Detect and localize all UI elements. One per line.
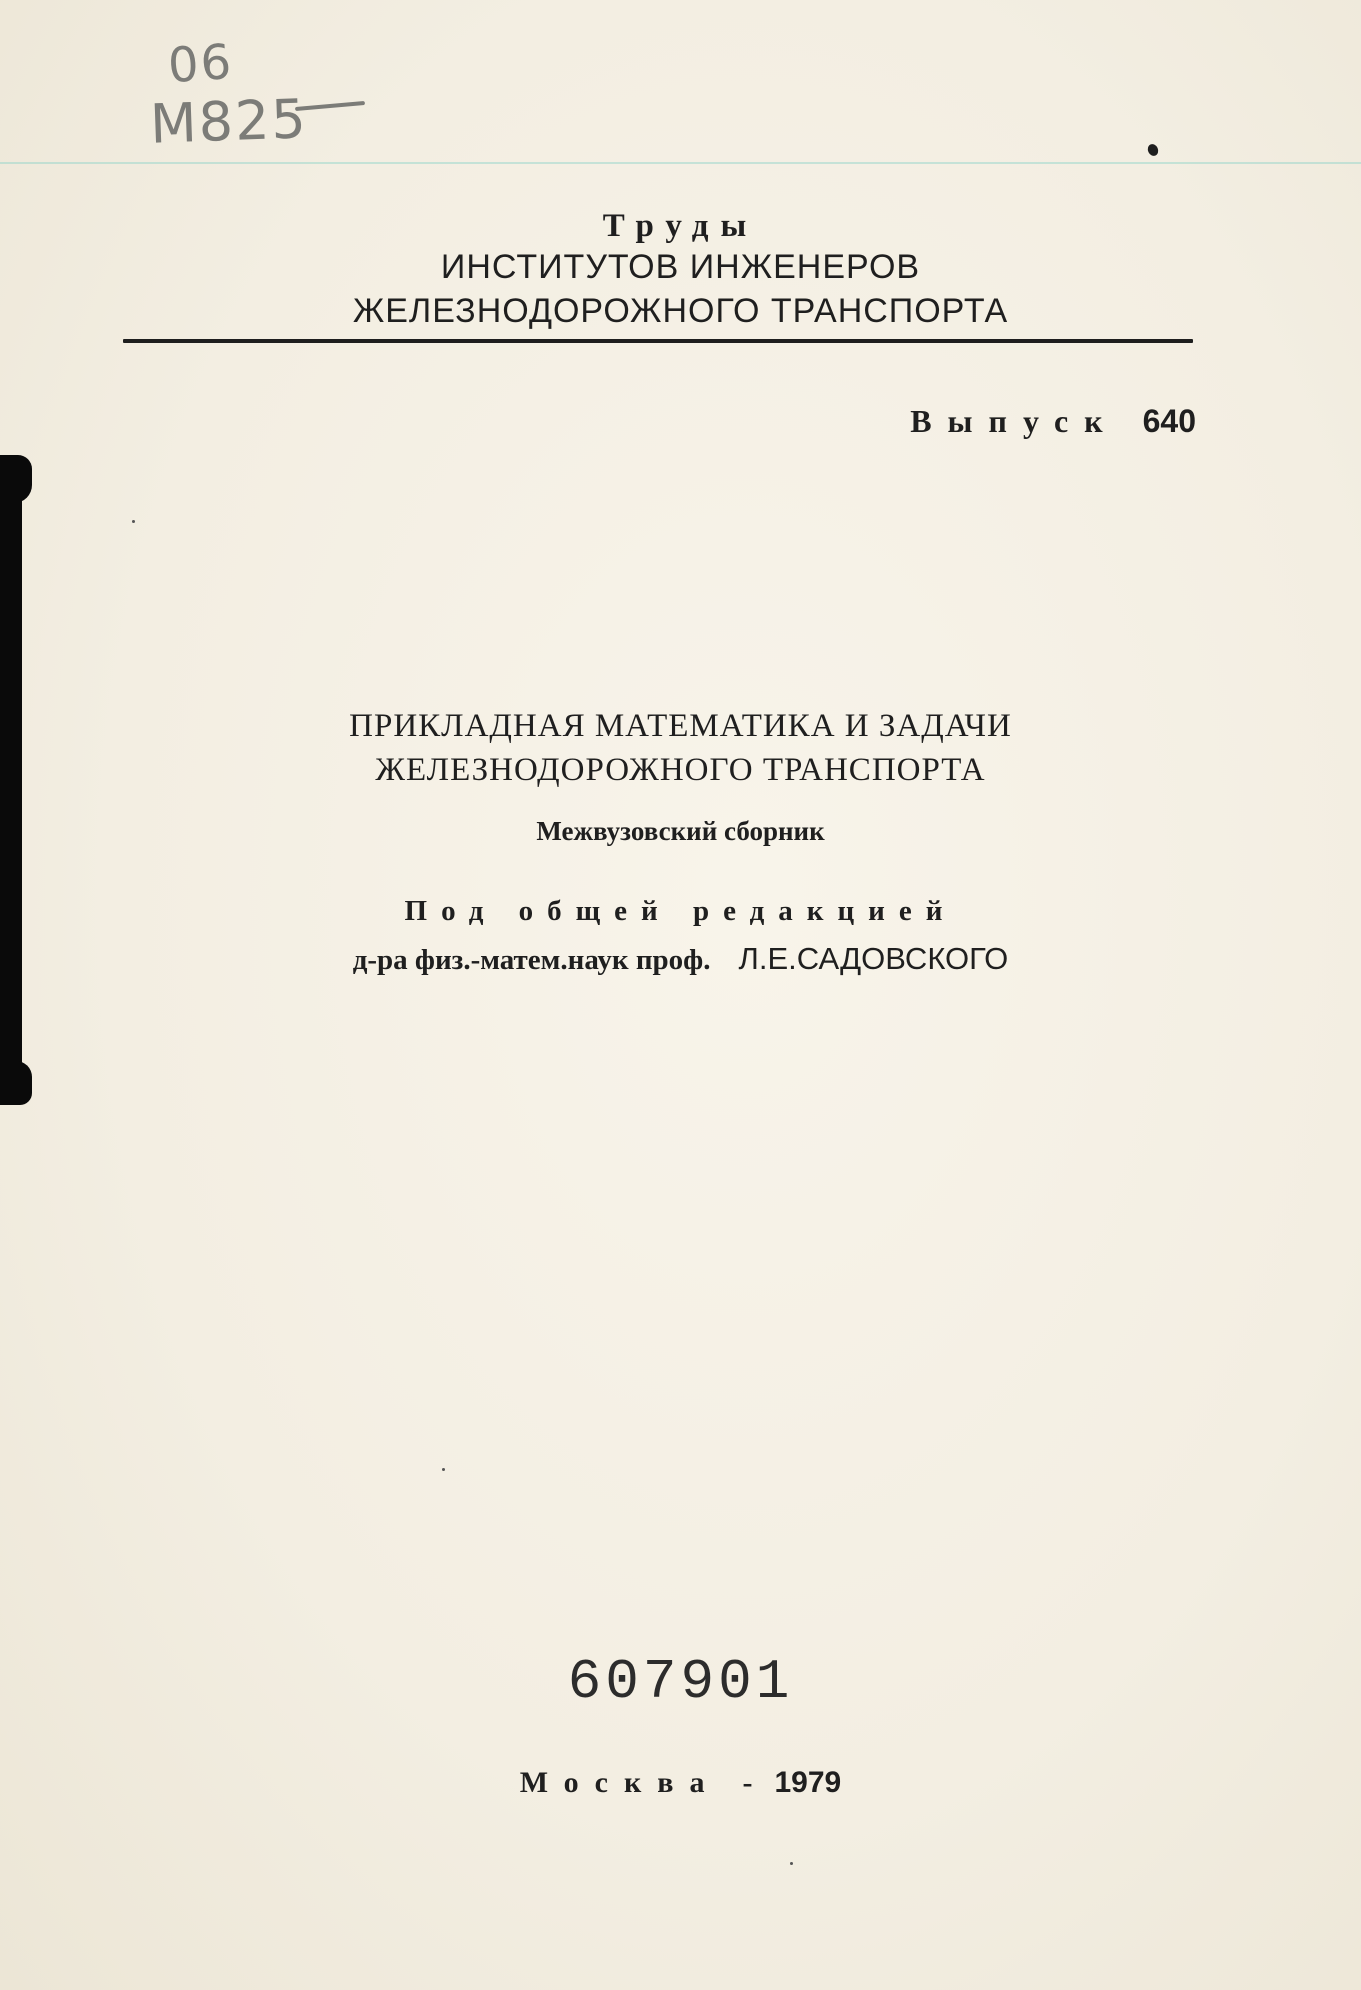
inventory-stamp: 607901	[0, 1650, 1361, 1714]
book-title-line-1: ПРИКЛАДНАЯ МАТЕМАТИКА И ЗАДАЧИ	[0, 708, 1361, 745]
speck	[442, 1468, 445, 1471]
imprint-city: Москва	[520, 1766, 721, 1799]
editor-credentials: д-ра физ.-матем.наук проф.Л.Е.САДОВСКОГО	[0, 941, 1361, 977]
imprint-dash: -	[742, 1766, 752, 1799]
editor-caption: Под общей редакцией	[0, 895, 1361, 928]
institution-line-2: ЖЕЛЕЗНОДОРОЖНОГО ТРАНСПОРТА	[0, 292, 1361, 331]
handwritten-catalog-code: M825	[149, 87, 309, 155]
series-label: Труды	[0, 208, 1361, 245]
imprint-year: 1979	[774, 1766, 841, 1799]
editor-name: Л.Е.САДОВСКОГО	[739, 941, 1009, 976]
speck	[790, 1862, 793, 1865]
editor-degree: д-ра физ.-матем.наук проф.	[353, 944, 711, 976]
document-page: 06 M825 Труды ИНСТИТУТОВ ИНЖЕНЕРОВ ЖЕЛЕЗ…	[0, 0, 1361, 1990]
header-rule	[123, 339, 1193, 343]
speck	[132, 520, 135, 523]
handwritten-shelf-code: 06	[166, 34, 235, 94]
book-subtitle: Межвузовский сборник	[0, 816, 1361, 847]
book-title-line-2: ЖЕЛЕЗНОДОРОЖНОГО ТРАНСПОРТА	[0, 752, 1361, 789]
issue-label: Выпуск	[910, 403, 1118, 439]
issue-number: Выпуск640	[910, 403, 1196, 440]
scan-guide-line	[0, 162, 1361, 164]
imprint: Москва-1979	[0, 1766, 1361, 1800]
ink-spot	[1146, 142, 1160, 157]
institution-line-1: ИНСТИТУТОВ ИНЖЕНЕРОВ	[0, 248, 1361, 287]
issue-value: 640	[1143, 403, 1196, 439]
